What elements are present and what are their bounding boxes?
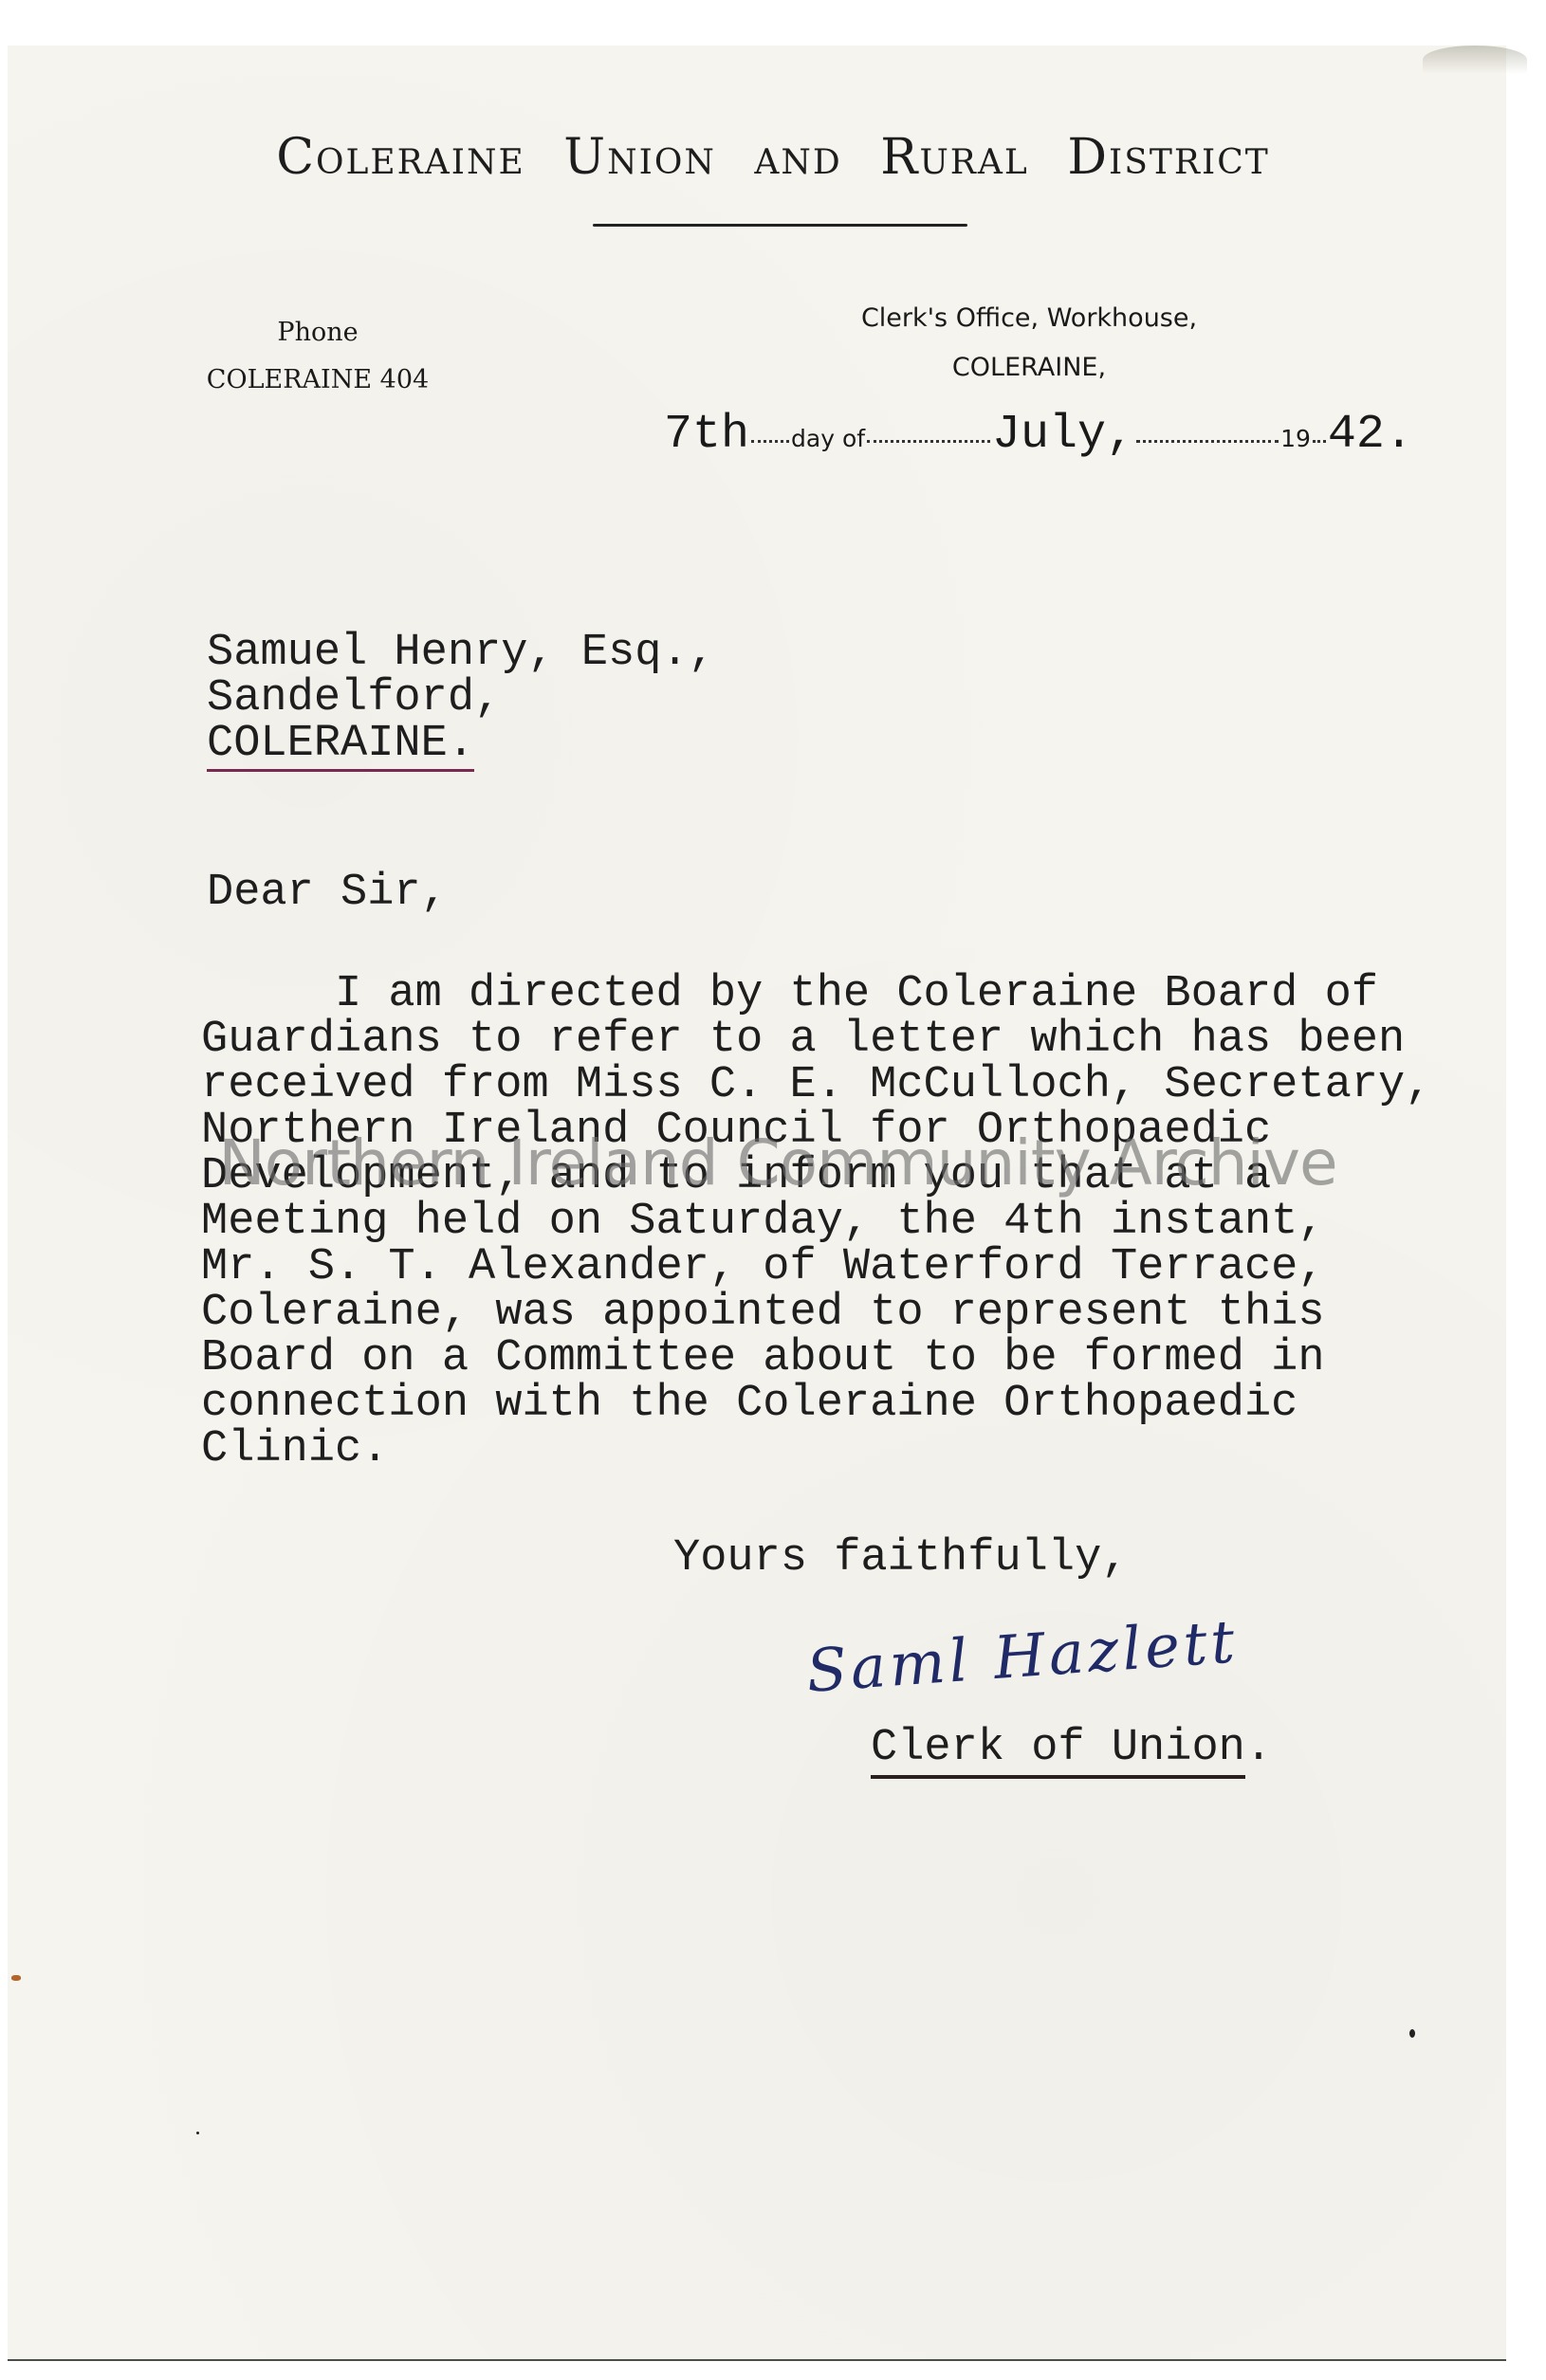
dotted-leader [1313,440,1326,443]
office-line-1: Clerk's Office, Workhouse, [806,294,1252,343]
body-line: Board on a Committee about to be formed … [201,1336,1510,1382]
date-day: 7th [664,408,749,462]
signoff-title: Clerk of Union [871,1723,1245,1779]
body-line: Clinic. [201,1427,1510,1473]
office-address: Clerk's Office, Workhouse, COLERAINE, [806,294,1252,393]
folded-corner [1423,46,1527,74]
office-line-2: COLERAINE, [806,343,1252,393]
body-line: connection with the Coleraine Orthopaedi… [201,1382,1510,1427]
date-year-prefix: 19 [1280,425,1311,452]
date-line: 7th day of July, 19 42. [664,408,1451,465]
recipient-street: Sandelford, [207,676,966,722]
body-line: Guardians to refer to a letter which has… [201,1017,1510,1063]
closing: Yours faithfully, [673,1536,1128,1582]
signoff-period: . [1245,1723,1272,1773]
phone-number: COLERAINE 404 [180,357,455,404]
recipient-town: COLERAINE. [207,722,474,772]
dotted-leader [751,440,789,443]
body-line: received from Miss C. E. McCulloch, Secr… [201,1063,1510,1108]
date-year-suffix: 42. [1328,408,1413,462]
letter-body: I am directed by the Coleraine Board of … [201,972,1510,1473]
letterhead-title: Coleraine Union and Rural District [0,129,1546,186]
letterhead-divider [593,224,967,227]
rust-stain [11,1975,21,1981]
body-line: Coleraine, was appointed to represent th… [201,1291,1510,1336]
body-line: Mr. S. T. Alexander, of Waterford Terrac… [201,1245,1510,1291]
salutation: Dear Sir, [207,870,448,916]
dotted-leader [1136,440,1279,443]
date-day-label: day of [791,425,865,452]
ink-speck [196,2132,199,2134]
phone-label: Phone [180,309,455,357]
phone-block: Phone COLERAINE 404 [180,309,455,404]
ink-speck [1409,2029,1415,2038]
signoff: Clerk of Union. [871,1726,1272,1771]
body-line: Meeting held on Saturday, the 4th instan… [201,1199,1510,1245]
body-line: I am directed by the Coleraine Board of [201,972,1510,1017]
date-month: July, [992,408,1134,462]
recipient-name: Samuel Henry, Esq., [207,631,966,676]
body-line: Development, and to inform you that at a [201,1154,1510,1199]
body-line: Northern Ireland Council for Orthopaedic [201,1108,1510,1154]
dotted-leader [867,440,990,443]
recipient-address: Samuel Henry, Esq., Sandelford, COLERAIN… [207,631,966,772]
